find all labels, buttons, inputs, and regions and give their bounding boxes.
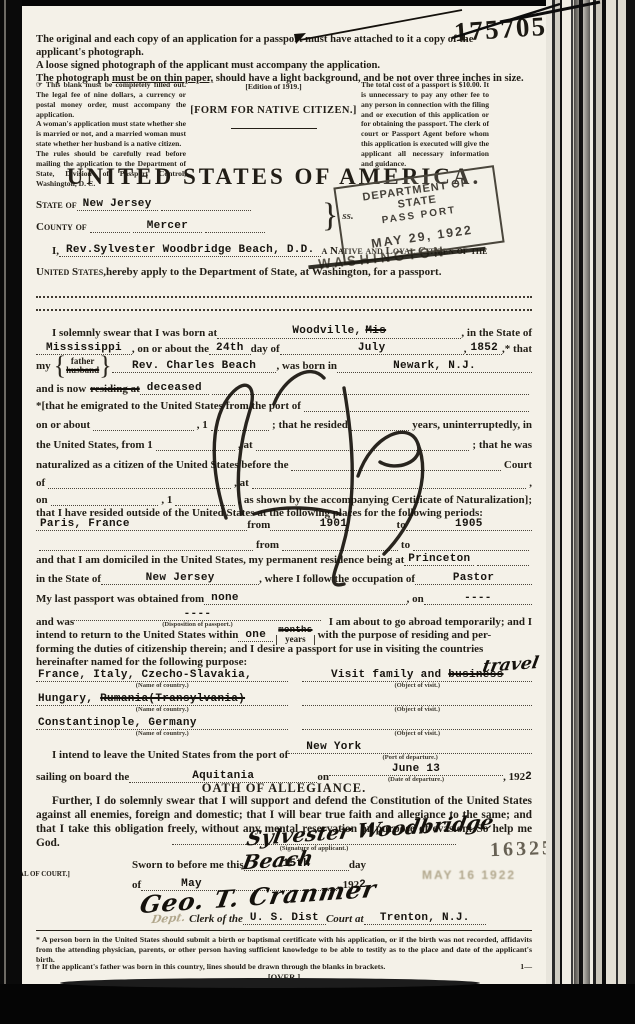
swear-text: I solemnly swear that I was born at xyxy=(36,327,217,339)
serial-number: 175705 xyxy=(453,11,548,48)
and-is-now-text: and is now xyxy=(36,383,86,395)
resided-text: ; that he resided xyxy=(272,419,348,431)
date-value: June 13 xyxy=(329,763,503,776)
on-or-about-row: on or about , 1 ; that he resided years,… xyxy=(36,419,532,431)
dotted-line xyxy=(51,502,159,506)
state-value: New Jersey xyxy=(77,198,158,211)
dotted-line xyxy=(48,485,231,489)
footnote-2-row: † If the applicant's father was born in … xyxy=(36,962,532,972)
from-year: 1901 xyxy=(270,518,396,531)
dotted-line xyxy=(291,467,500,471)
dotted-line xyxy=(477,562,529,566)
husband-option-struck: husband xyxy=(66,366,99,375)
apply-text: hereby apply to the Department of State,… xyxy=(106,266,442,278)
within-value: one xyxy=(238,629,273,642)
dotted-line xyxy=(413,547,529,551)
photo-notice: The original and each copy of an applica… xyxy=(36,34,524,86)
dotted-line xyxy=(156,447,235,451)
court-of-row: of , at , xyxy=(36,477,532,489)
country-row-1: France, Italy, Czecho-Slavakia, (Name of… xyxy=(36,669,532,689)
dotted-line xyxy=(252,485,526,489)
residing-struck: residing at xyxy=(90,383,140,395)
country-3: Constantinople, Germany (Name of country… xyxy=(36,717,288,737)
state-label: State of xyxy=(36,199,77,211)
dotted-line xyxy=(90,229,130,233)
scan-left-edge xyxy=(0,0,22,1024)
struck-text: Mis xyxy=(365,325,386,337)
birth-day: 24th xyxy=(209,342,251,355)
deceased-value: deceased xyxy=(140,382,209,395)
court-name: U. S. Dist xyxy=(243,912,326,925)
port-value: New York xyxy=(288,741,532,754)
father-row: my { father husband } Rev. Charles Beach… xyxy=(36,356,532,377)
edge-highlight xyxy=(4,0,6,1024)
my-text: my xyxy=(36,360,51,372)
port-row: I intend to leave the United States from… xyxy=(36,741,532,761)
dotted-line xyxy=(212,391,529,395)
return-row-2: forming the duties of citizenship therei… xyxy=(36,643,532,655)
residing-row: and is now residing at deceased xyxy=(36,382,532,395)
object-2: (Object of visit.) xyxy=(302,693,532,713)
certificate-row: on , 1 , as shown by the accompanying Ce… xyxy=(36,494,532,506)
domicile-state: New Jersey xyxy=(101,572,259,585)
i-label: I, xyxy=(36,245,59,257)
blank-period-row: from to xyxy=(36,539,532,551)
sailing-row: sailing on board the Aquitania on June 1… xyxy=(36,763,532,783)
dotted-line xyxy=(161,207,251,211)
united-states-text: United States, xyxy=(36,266,106,278)
occupation-value: Pastor xyxy=(415,572,532,585)
dotted-separator xyxy=(36,296,532,298)
father-name: Rev. Charles Beach xyxy=(112,360,277,373)
birth-year: 1852 xyxy=(466,342,502,355)
book-binding-edge xyxy=(546,0,635,1024)
footnote-1: * A person born in the United States sho… xyxy=(36,935,532,965)
last-passport-row: My last passport was obtained from none … xyxy=(36,592,532,605)
brace: } xyxy=(99,356,111,377)
form-edition-block: [Edition of 1919.] [FORM FOR NATIVE CITI… xyxy=(186,80,361,129)
passport-on-value: ---- xyxy=(424,592,532,605)
footer-rule xyxy=(36,930,532,931)
dotted-line xyxy=(39,547,253,551)
notice-line-2: A loose signed photograph of the applica… xyxy=(36,60,524,73)
apply-row: United States, hereby apply to the Depar… xyxy=(36,266,532,278)
country-row-2: Hungary, Rumania(Transylvania) (Name of … xyxy=(36,693,532,713)
divider xyxy=(231,128,317,129)
birthplace-value: Woodville, Mis xyxy=(217,320,461,339)
footnote-2: † If the applicant's father was born in … xyxy=(36,962,500,972)
county-row: County of Mercer xyxy=(36,220,336,233)
state-row: State of New Jersey xyxy=(36,198,336,211)
was-born-in-text: , was born in xyxy=(276,360,337,372)
born-row: I solemnly swear that I was born at Wood… xyxy=(36,320,532,339)
dotted-line xyxy=(304,408,529,412)
dotted-separator xyxy=(36,309,532,311)
return-row-3: hereinafter named for the following purp… xyxy=(36,656,532,668)
handwritten-travel: travel xyxy=(481,653,540,677)
emigrated-text: *[that he emigrated to the United States… xyxy=(36,400,301,412)
form-type-label: [FORM FOR NATIVE CITIZEN.] xyxy=(186,105,361,116)
disposition-value: ---- xyxy=(74,608,320,621)
in-state-text: , in the State of xyxy=(461,327,532,339)
residence-value: Princeton xyxy=(404,553,474,566)
applicant-name: Rev.Sylvester Woodbridge Beach, D.D. xyxy=(59,244,321,257)
passport-application-page: 175705 The original and each copy of an … xyxy=(22,6,546,984)
domicile-row: and that I am domiciled in the United St… xyxy=(36,553,532,566)
county-label: County of xyxy=(36,221,87,233)
on-or-about-text: , on or about the xyxy=(132,343,209,355)
dotted-line xyxy=(205,229,265,233)
country-row-3: Constantinople, Germany (Name of country… xyxy=(36,717,532,737)
occupation-row: in the State of New Jersey , where I fol… xyxy=(36,572,532,585)
scan-bottom-edge xyxy=(0,984,635,1024)
father-birthplace: Newark, N.J. xyxy=(337,360,532,373)
country-2: Hungary, Rumania(Transylvania) (Name of … xyxy=(36,693,288,713)
birth-month: July xyxy=(280,342,464,355)
object-1: Visit family and business (Object of vis… xyxy=(302,669,532,689)
that-text: ,* that xyxy=(502,343,532,355)
us-from-row: the United States, from 1 , at ; that he… xyxy=(36,439,532,451)
father-husband-stack: father husband xyxy=(66,357,99,376)
notice-line-1: The original and each copy of an applica… xyxy=(36,34,524,60)
to-year: 1905 xyxy=(406,518,532,531)
blank-line xyxy=(302,717,532,730)
residence-place: Paris, France xyxy=(36,518,247,531)
form-number: 1— xyxy=(520,962,532,972)
dotted-line xyxy=(351,427,409,431)
blank-line xyxy=(302,693,532,706)
right-instructions: The total cost of a passport is $10.00. … xyxy=(361,80,489,169)
oath-title: OATH OF ALLEGIANCE. xyxy=(202,781,367,796)
oath-title-row: OATH OF ALLEGIANCE. xyxy=(36,781,532,796)
county-value: Mercer xyxy=(133,220,202,233)
naturalized-row: naturalized as a citizen of the United S… xyxy=(36,459,532,471)
dotted-line xyxy=(282,547,398,551)
brace: { xyxy=(54,356,66,377)
emigrated-row: *[that he emigrated to the United States… xyxy=(36,400,532,412)
port-block: New York (Port of departure.) xyxy=(288,741,532,761)
received-date-stamp: MAY 16 1922 xyxy=(422,868,516,882)
dotted-line xyxy=(175,502,235,506)
dotted-line xyxy=(93,427,194,431)
dotted-line xyxy=(256,447,470,451)
date-block: June 13 (Date of departure.) xyxy=(329,763,503,783)
passport-from-value: none xyxy=(204,592,406,605)
object-3: (Object of visit.) xyxy=(302,717,532,737)
edition-label: [Edition of 1919.] xyxy=(186,82,361,91)
birth-state-value: Mississippi xyxy=(36,342,132,355)
dotted-line xyxy=(211,427,269,431)
residence-period-row: Paris, France from 1901 to 1905 xyxy=(36,518,532,531)
struck-country: Rumania(Transylvania) xyxy=(100,693,245,705)
country-1: France, Italy, Czecho-Slavakia, (Name of… xyxy=(36,669,288,689)
court-place: Trenton, N.J. xyxy=(364,912,486,925)
day-of-text: day of xyxy=(251,343,280,355)
